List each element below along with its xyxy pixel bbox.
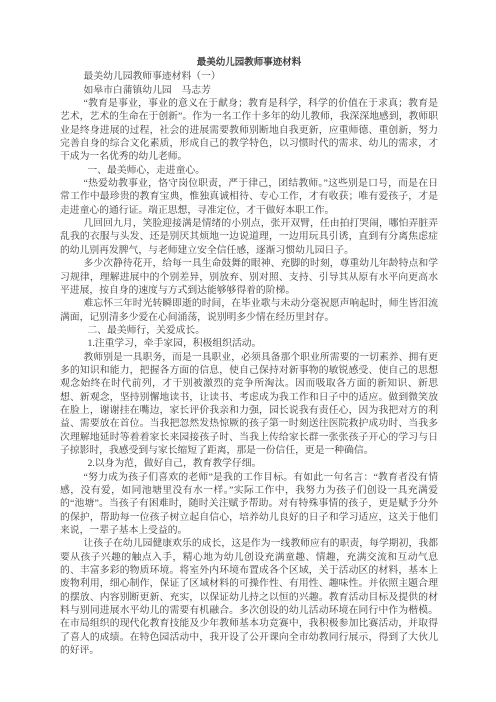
paragraph-body: “努力成为孩子们喜欢的老师”是我的工作目标。有如此一句名言：“教育者没有情感，没… — [60, 471, 438, 538]
paragraph-subheading: 1.注重学习，牵手家园，积极组织活动。 — [60, 337, 438, 350]
paragraph-byline: 如皋市白蒲镇幼儿园 马志芳 — [60, 84, 438, 97]
paragraph-heading: 二、最美师行，关爱成长。 — [60, 324, 438, 337]
document-title: 最美幼儿园教师事迹材料 — [60, 57, 438, 70]
document-page: 最美幼儿园教师事迹材料 最美幼儿园教师事迹材料（一）如皋市白蒲镇幼儿园 马志芳“… — [0, 0, 496, 702]
paragraph-body: “热爱幼教事业，恪守岗位职责，严于律己，团结教师。”这些别是口号，而是在日常工作… — [60, 177, 438, 217]
paragraph-body: 难忘怀三年时光转瞬即逝的时间，在毕业歌与未动分毫祝愿声响起时，师生皆泪流满面，记… — [60, 297, 438, 324]
paragraph-body: 让孩子在幼儿园健康欢乐的成长，这是作为一线教师应有的职责，每学期初，我都要从孩子… — [60, 537, 438, 657]
paragraph-subtitle: 最美幼儿园教师事迹材料（一） — [60, 70, 438, 83]
paragraph-heading: 一、最美师心，走进童心。 — [60, 164, 438, 177]
paragraph-body: 多少次静待花开，给每一具生命鼓舞的眼神、充脚的时刻，尊重幼儿年龄特点和学习规律，… — [60, 257, 438, 297]
paragraph-body: “教育是事业，事业的意义在于献身；教育是科学，科学的价值在于求真；教育是艺术，艺… — [60, 97, 438, 164]
paragraph-body: 教师别是一具职务，而是一具职业，必须具备那个职业所需要的一切素养、拥有更多的知识… — [60, 351, 438, 458]
paragraph-subheading: 2.以身为范，做好自己，教育教学仔细。 — [60, 457, 438, 470]
paragraph-body: 几回回九月，笑脸迎接满是情绪的小别点，张开双臂，任由拍打哭闹，哪怕弄脏弄乱我的衣… — [60, 217, 438, 257]
document-body: 最美幼儿园教师事迹材料 最美幼儿园教师事迹材料（一）如皋市白蒲镇幼儿园 马志芳“… — [60, 57, 438, 657]
